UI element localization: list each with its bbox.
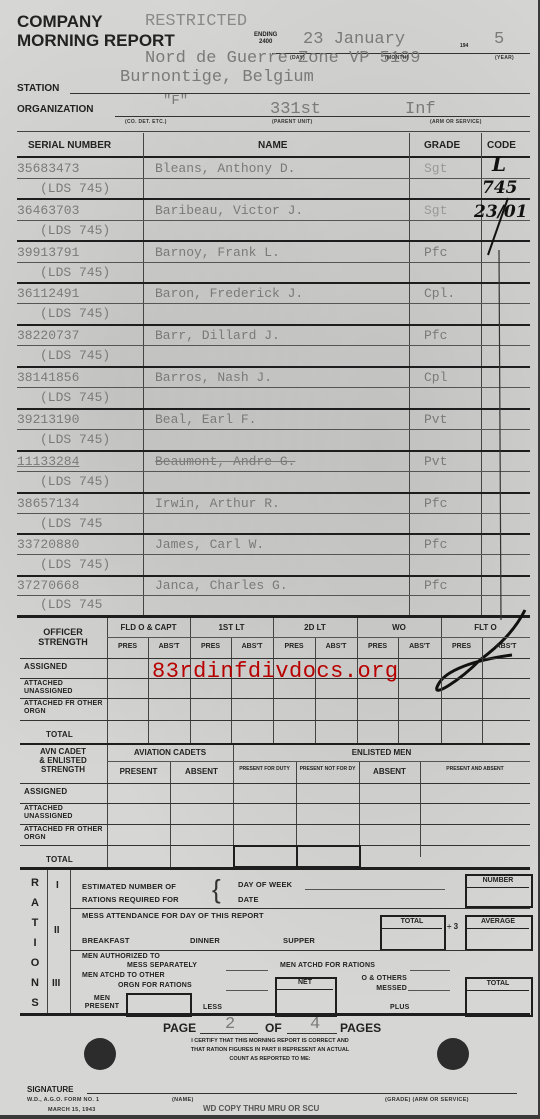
- signature-line[interactable]: [87, 1093, 517, 1094]
- es-vline: [107, 745, 108, 867]
- es-group-enlisted-men: ENLISTED MEN: [233, 748, 530, 757]
- ending-label-2: 2400: [254, 39, 277, 46]
- es-col-present-and-absent: PRESENT AND ABSENT: [420, 763, 530, 773]
- page-label: PAGE: [163, 1021, 196, 1035]
- enlisted-strength-title: AVN CADET & ENLISTED STRENGTH: [22, 747, 104, 774]
- os-group-1st-lt: 1ST LT: [190, 623, 273, 632]
- organization-label: ORGANIZATION: [17, 104, 93, 115]
- os-sub-abst: ABS'T: [148, 643, 190, 650]
- total-iii-divider: [467, 990, 529, 991]
- col-grade: GRADE: [424, 140, 460, 151]
- os-sub-abst: ABS'T: [231, 643, 273, 650]
- col-code: CODE: [487, 140, 516, 151]
- rations-letter: O: [28, 953, 42, 973]
- signature-label: SIGNATURE: [27, 1085, 74, 1094]
- supper-label: SUPPER: [283, 936, 315, 945]
- o-others-line-2: MESSED: [345, 984, 407, 994]
- soldier-name: Bleans, Anthony D.: [155, 161, 295, 176]
- morning-report-form: COMPANY MORNING REPORT RESTRICTED ENDING…: [0, 0, 538, 1115]
- es-group-aviation-cadets: AVIATION CADETS: [107, 748, 233, 757]
- rations-vline: [70, 870, 71, 1013]
- os-sub-abst: ABS'T: [482, 643, 530, 650]
- breakfast-label: BREAKFAST: [82, 936, 130, 945]
- es-row-total: TOTAL: [46, 855, 73, 864]
- organization-line: [115, 116, 530, 117]
- form-title-line2: MORNING REPORT: [17, 31, 175, 50]
- soldier-name: Irwin, Arthur R.: [155, 496, 280, 511]
- others-messed-field[interactable]: [408, 990, 450, 991]
- os-sub-pres: PRES: [273, 643, 315, 650]
- serial-number: 39913791: [17, 245, 79, 260]
- rations-letter: T: [28, 913, 42, 933]
- enlisted-title-1: AVN CADET: [22, 747, 104, 756]
- os-group-2d-lt: 2D LT: [273, 623, 357, 632]
- grade-caption: (GRADE) (ARM OR SERVICE): [385, 1097, 469, 1103]
- mess-separately-field[interactable]: [226, 970, 268, 971]
- roster-col-sep-2: [409, 133, 410, 615]
- rations-side-label: R A T I O N S: [28, 873, 42, 1013]
- os-group-fld-capt: FLD O & CAPT: [107, 623, 190, 632]
- mess-total-label: TOTAL: [382, 918, 442, 925]
- row-note: (LDS 745): [40, 306, 110, 321]
- binder-hole-right: [437, 1038, 469, 1070]
- es-row-line: [20, 783, 530, 784]
- es-col-present: PRESENT: [107, 767, 170, 776]
- o-others-messed-label: O & OTHERS MESSED: [345, 974, 407, 994]
- men-authorized-label-1: MEN AUTHORIZED TO: [82, 953, 160, 960]
- os-group-flt-o: FLT O: [441, 623, 530, 632]
- year-label: (YEAR): [495, 55, 514, 61]
- certify-line-3: COUNT AS REPORTED TO ME:: [140, 1055, 400, 1064]
- date-label: DATE: [238, 895, 259, 904]
- rations-letter: A: [28, 893, 42, 913]
- org-sub-arm: (ARM OR SERVICE): [430, 119, 482, 125]
- divide-by-three-label: ÷ 3: [447, 922, 458, 931]
- rations-letter: I: [28, 933, 42, 953]
- men-present-line-1: MEN: [82, 995, 122, 1003]
- rations-bottom-line: [20, 1013, 530, 1016]
- row-note: (LDS 745: [40, 597, 102, 612]
- os-sub-abst: ABS'T: [315, 643, 357, 650]
- serial-number: 11133284: [17, 454, 79, 469]
- rations-letter: S: [28, 993, 42, 1013]
- soldier-name: Beaumont, Andre G.: [155, 454, 295, 469]
- org-sub-parent: (PARENT UNIT): [272, 119, 312, 125]
- serial-number: 36112491: [17, 286, 79, 301]
- org-company: "F": [163, 93, 188, 109]
- binder-hole-left: [84, 1038, 116, 1070]
- page-number-line: [200, 1033, 258, 1034]
- mess-total-divider: [382, 928, 442, 929]
- page-total-line: [287, 1033, 337, 1034]
- serial-number: 38657134: [17, 496, 79, 511]
- rations-section-iii: III: [52, 978, 60, 989]
- certify-line-1: I CERTIFY THAT THIS MORNING REPORT IS CO…: [140, 1037, 400, 1046]
- os-vline: [315, 638, 316, 743]
- row-note: (LDS 745: [40, 516, 102, 531]
- number-label: NUMBER: [467, 877, 529, 884]
- os-row-attached-other: ATTACHED FR OTHER ORGN: [24, 700, 104, 716]
- classification-stamp: RESTRICTED: [145, 12, 247, 31]
- serial-number: 39213190: [17, 412, 79, 427]
- net-label: NET: [277, 979, 333, 986]
- rations-letter: R: [28, 873, 42, 893]
- es-row-line: [20, 803, 530, 804]
- estimated-line-1: ESTIMATED NUMBER OF: [82, 880, 179, 893]
- average-label: AVERAGE: [467, 918, 529, 925]
- row-note: (LDS 745): [40, 265, 110, 280]
- os-row-attached-unassigned: ATTACHED UNASSIGNED: [24, 680, 104, 696]
- os-row-total: TOTAL: [46, 730, 73, 739]
- men-attached-for-rations-field[interactable]: [410, 970, 450, 971]
- rations-section-ii: II: [54, 925, 60, 936]
- serial-number: 36463703: [17, 203, 79, 218]
- less-label: LESS: [203, 1004, 222, 1011]
- day-label: (DAY): [290, 55, 305, 61]
- roster-header-line: [17, 156, 530, 158]
- os-row-line: [20, 720, 530, 721]
- es-total-box-duty: [233, 845, 298, 868]
- men-attached-other-label-1: MEN ATCHD TO OTHER: [82, 972, 165, 979]
- es-col-present-not-for-duty: PRESENT NOT FOR DY: [296, 763, 359, 773]
- row-note: (LDS 745): [40, 474, 110, 489]
- section-divider: [70, 950, 530, 951]
- os-sub-pres: PRES: [190, 643, 231, 650]
- os-sub-pres: PRES: [107, 643, 148, 650]
- row-midline: [17, 178, 530, 179]
- men-attached-other-label-2: ORGN FOR RATIONS: [118, 982, 192, 989]
- total-label-iii: TOTAL: [467, 980, 529, 987]
- day-of-week-field[interactable]: [305, 889, 445, 890]
- serial-number: 33720880: [17, 537, 79, 552]
- other-orgn-field[interactable]: [226, 990, 268, 991]
- number-box-divider: [467, 887, 529, 888]
- net-divider: [277, 989, 333, 990]
- serial-number: 35683473: [17, 161, 79, 176]
- officer-strength-title: OFFICER STRENGTH: [22, 627, 104, 647]
- ending-label: ENDING 2400: [254, 32, 277, 46]
- rations-vline: [47, 870, 48, 1013]
- serial-number: 38220737: [17, 328, 79, 343]
- o-others-line-1: O & OTHERS: [345, 974, 407, 984]
- row-note: (LDS 745): [40, 181, 110, 196]
- form-number: W.D., A.G.O. FORM NO. 1: [27, 1097, 99, 1103]
- row-note: (LDS 745): [40, 557, 110, 572]
- roster-col-sep-1: [143, 133, 144, 615]
- officer-strength-title-2: STRENGTH: [22, 637, 104, 647]
- soldier-name: Beal, Earl F.: [155, 412, 256, 427]
- es-col-absent-em: ABSENT: [359, 767, 420, 776]
- os-sub-abst: ABS'T: [398, 643, 441, 650]
- name-caption: (NAME): [172, 1097, 194, 1103]
- officer-strength-title-1: OFFICER: [22, 627, 104, 637]
- page-total: 4: [310, 1015, 320, 1034]
- day-of-week-label: DAY OF WEEK: [238, 880, 292, 889]
- row-note: (LDS 745): [40, 432, 110, 447]
- section-divider: [70, 908, 530, 909]
- mess-attendance-label: MESS ATTENDANCE FOR DAY OF THIS REPORT: [82, 911, 264, 920]
- copy-note: WD COPY THRU MRU OR SCU: [203, 1104, 319, 1113]
- estimated-rations-label: ESTIMATED NUMBER OF RATIONS REQUIRED FOR: [82, 880, 179, 906]
- soldier-name: Baribeau, Victor J.: [155, 203, 303, 218]
- men-authorized-label-2: MESS SEPARATELY: [127, 962, 197, 969]
- rations-letter: N: [28, 973, 42, 993]
- es-col-absent: ABSENT: [170, 767, 233, 776]
- col-name: NAME: [258, 140, 287, 151]
- soldier-name: Baron, Frederick J.: [155, 286, 303, 301]
- ending-label-1: ENDING: [254, 32, 277, 39]
- certify-line-2: THAT RATION FIGURES IN PART II REPRESENT…: [140, 1046, 400, 1055]
- form-date: MARCH 15, 1943: [48, 1107, 96, 1113]
- header-divider: [17, 131, 530, 132]
- es-group-line: [107, 761, 530, 762]
- os-vline: [398, 638, 399, 743]
- men-attached-for-rations-label: MEN ATCHD FOR RATIONS: [280, 962, 375, 969]
- os-sub-pres: PRES: [357, 643, 398, 650]
- row-note: (LDS 745): [40, 390, 110, 405]
- serial-number: 37270668: [17, 578, 79, 593]
- location-line: Nord de Guerre Zone VP 5199: [145, 49, 420, 68]
- soldier-name: Barnoy, Frank L.: [155, 245, 280, 260]
- es-vline: [420, 762, 421, 857]
- os-row-assigned: ASSIGNED: [24, 662, 67, 671]
- dinner-label: DINNER: [190, 936, 220, 945]
- enlisted-title-2: & ENLISTED: [22, 756, 104, 765]
- os-group-wo: WO: [357, 623, 441, 632]
- watermark-text: 83rdinfdivdocs.org: [152, 659, 399, 684]
- os-group-line: [107, 637, 530, 638]
- os-vline: [231, 638, 232, 743]
- brace-icon: {: [212, 876, 221, 902]
- enlisted-title-3: STRENGTH: [22, 765, 104, 774]
- station-line: [70, 93, 530, 94]
- page-number: 2: [225, 1015, 235, 1034]
- soldier-name: Barros, Nash J.: [155, 370, 272, 385]
- of-label: OF: [265, 1021, 282, 1035]
- rations-section-i: I: [56, 880, 59, 891]
- es-row-line: [20, 824, 530, 825]
- row-note: (LDS 745): [40, 223, 110, 238]
- average-divider: [467, 928, 529, 929]
- row-note: (LDS 745): [40, 348, 110, 363]
- es-row-assigned: ASSIGNED: [24, 787, 67, 796]
- men-present-line-2: PRESENT: [82, 1003, 122, 1011]
- os-bottom-line: [20, 743, 530, 745]
- handwritten-code-mark: L: [492, 152, 506, 176]
- es-total-box-not-duty: [296, 845, 361, 868]
- soldier-name: James, Carl W.: [155, 537, 264, 552]
- station-label: STATION: [17, 83, 59, 94]
- certification-text: I CERTIFY THAT THIS MORNING REPORT IS CO…: [140, 1037, 400, 1064]
- es-vline: [170, 762, 171, 867]
- pages-label: PAGES: [340, 1021, 381, 1035]
- os-vline: [482, 638, 483, 743]
- year-prefix: 194: [460, 43, 468, 49]
- es-row-attached-other: ATTACHED FR OTHER ORGN: [24, 826, 104, 842]
- os-vline: [148, 638, 149, 743]
- month-label: (MONTH): [385, 55, 409, 61]
- es-col-present-for-duty: PRESENT FOR DUTY: [233, 763, 296, 773]
- station-value: Burnontige, Belgium: [120, 68, 314, 87]
- os-row-line: [20, 698, 530, 699]
- plus-label: PLUS: [390, 1004, 409, 1011]
- org-sub-company: (CO. DET. ETC.): [125, 119, 167, 125]
- es-row-attached-unassigned: ATTACHED UNASSIGNED: [24, 805, 104, 821]
- soldier-name: Janca, Charles G.: [155, 578, 288, 593]
- soldier-name: Barr, Dillard J.: [155, 328, 280, 343]
- col-serial-number: SERIAL NUMBER: [28, 140, 111, 151]
- year-digit: 5: [494, 30, 504, 49]
- serial-number: 38141856: [17, 370, 79, 385]
- men-present-label: MEN PRESENT: [82, 995, 122, 1011]
- soldier-grade: Sgt: [424, 161, 447, 176]
- os-sub-pres: PRES: [441, 643, 482, 650]
- es-bottom-line: [20, 867, 530, 870]
- estimated-line-2: RATIONS REQUIRED FOR: [82, 893, 179, 906]
- report-date: 23 January: [303, 30, 405, 49]
